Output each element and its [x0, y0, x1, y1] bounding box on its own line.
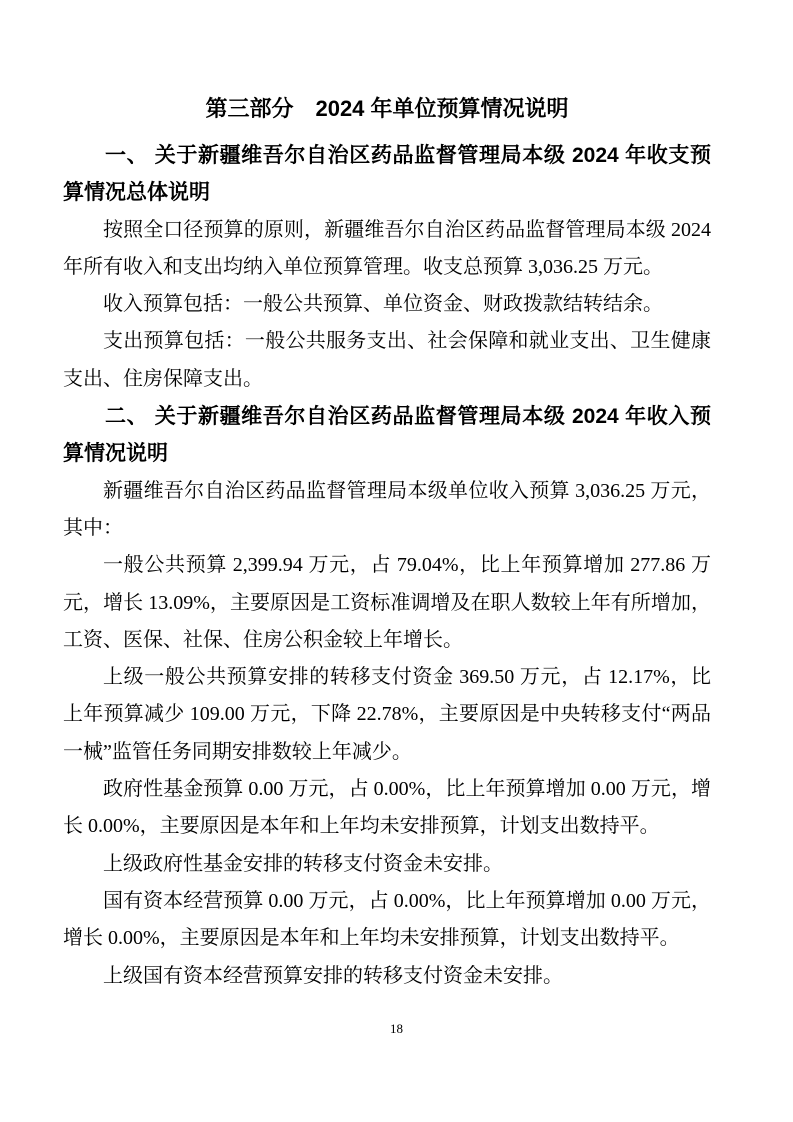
document-title: 第三部分 2024 年单位预算情况说明	[63, 90, 711, 128]
paragraph: 新疆维吾尔自治区药品监督管理局本级单位收入预算 3,036.25 万元，其中：	[63, 473, 711, 548]
section-heading-1: 一、 关于新疆维吾尔自治区药品监督管理局本级 2024 年收支预算情况总体说明	[63, 137, 711, 212]
section-heading-2: 二、 关于新疆维吾尔自治区药品监督管理局本级 2024 年收入预算情况说明	[63, 398, 711, 473]
paragraph: 上级国有资本经营预算安排的转移支付资金未安排。	[63, 958, 711, 995]
document-content: 第三部分 2024 年单位预算情况说明 一、 关于新疆维吾尔自治区药品监督管理局…	[63, 90, 711, 995]
paragraph: 上级政府性基金安排的转移支付资金未安排。	[63, 846, 711, 883]
paragraph: 按照全口径预算的原则，新疆维吾尔自治区药品监督管理局本级 2024 年所有收入和…	[63, 212, 711, 287]
paragraph: 上级一般公共预算安排的转移支付资金 369.50 万元，占 12.17%，比上年…	[63, 659, 711, 771]
paragraph: 政府性基金预算 0.00 万元，占 0.00%，比上年预算增加 0.00 万元，…	[63, 771, 711, 846]
document-page: 第三部分 2024 年单位预算情况说明 一、 关于新疆维吾尔自治区药品监督管理局…	[0, 0, 793, 1122]
paragraph: 一般公共预算 2,399.94 万元，占 79.04%，比上年预算增加 277.…	[63, 547, 711, 659]
paragraph: 国有资本经营预算 0.00 万元，占 0.00%，比上年预算增加 0.00 万元…	[63, 883, 711, 958]
page-number: 18	[0, 1020, 793, 1038]
paragraph: 支出预算包括：一般公共服务支出、社会保障和就业支出、卫生健康支出、住房保障支出。	[63, 323, 711, 398]
paragraph: 收入预算包括：一般公共预算、单位资金、财政拨款结转结余。	[63, 286, 711, 323]
